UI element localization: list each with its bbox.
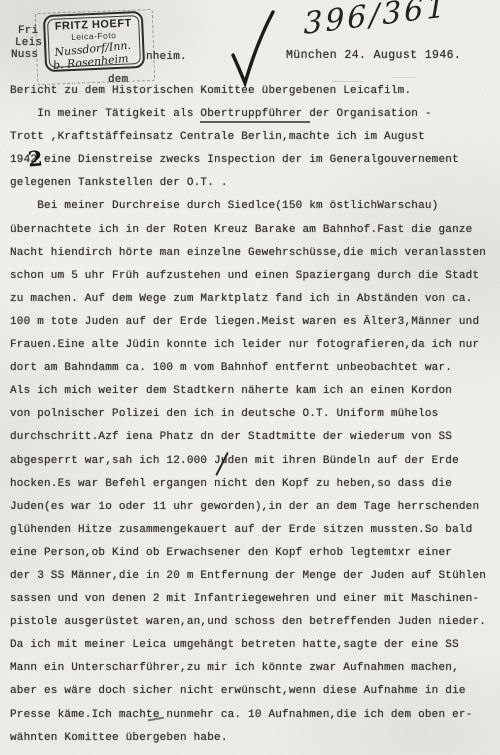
document-text-line: Da ich mit meiner Leica umgehängt betret… xyxy=(10,634,496,657)
document-text-line: aber es wäre doch sicher nicht erwünscht… xyxy=(10,680,496,703)
document-text-line: Trott ,Kraftstäffeinsatz Centrale Berlin… xyxy=(10,126,496,149)
document-text-line: pistole ausgerüstet waren,an,und schoss … xyxy=(10,611,496,634)
document-text-line: glühenden Hitze zusammengekauert auf der… xyxy=(10,519,496,542)
scanned-document-page: Fri Leis. Nuss nheim. dem FRITZ HOEFT Le… xyxy=(0,0,500,755)
document-text-line: Frauen.Eine alte Jüdin konnte ich leider… xyxy=(10,334,496,357)
document-text-line: der 3 SS Männer,die in 20 m Entfernung d… xyxy=(10,565,496,588)
document-text-line: hocken.Es war Befehl ergangen nicht den … xyxy=(10,473,496,496)
document-text-line: Bericht zu dem Historischen Komittee übe… xyxy=(10,80,496,103)
document-text-line: In meiner Tätigkeit als Obertruppführer … xyxy=(10,103,496,126)
document-text-line: schon um 5 uhr Früh aufzustehen und eine… xyxy=(10,265,496,288)
document-text-line: 100 m tote Juden auf der Erde liegen.Mei… xyxy=(10,311,496,334)
dateline: München 24. August 1946. xyxy=(286,49,461,62)
document-text-line: übernachtete ich in der Roten Kreuz Bara… xyxy=(10,219,496,242)
handwritten-registry-number: 396/361 xyxy=(303,0,448,42)
document-text-line: abgesperrt war,sah ich 12.000 Juden mit … xyxy=(10,450,496,473)
document-text-line: eine Person,ob Kind ob Erwachsener den K… xyxy=(10,542,496,565)
document-body: Bericht zu dem Historischen Komittee übe… xyxy=(10,80,496,750)
underline-obertruppfuehrer xyxy=(200,121,310,123)
smudge-dash xyxy=(332,81,362,82)
photographer-stamp: FRITZ HOEFT Leica-Foto Nussdorf/Inn. b. … xyxy=(43,11,145,72)
document-text-line: Nacht hiendirch hörte man einzelne Geweh… xyxy=(10,242,496,265)
typed-fragment-town: Nuss xyxy=(11,49,38,61)
checkmark-icon xyxy=(224,6,280,90)
document-text-line: von polnischer Polizei den ich in deutsc… xyxy=(10,403,496,426)
document-text-line: durchschritt.Azf iena Phatz dn der Stadt… xyxy=(10,426,496,449)
document-text-line: Juden(es war 1o oder 11 uhr geworden),in… xyxy=(10,496,496,519)
smudge-dash xyxy=(392,77,416,78)
document-text-line: Mann ein Unterscharführer,zu mir ich kön… xyxy=(10,657,496,680)
document-text-line: 1942 eine Dienstreise zwecks Inspection … xyxy=(10,149,496,172)
document-text-line: wähnten Komittee übergeben habe. xyxy=(10,727,496,750)
document-text-line: Presse käme.Ich machte nunmehr ca. 10 Au… xyxy=(10,704,496,727)
document-text-line: gelegenen Tankstellen der O.T. . xyxy=(10,172,496,195)
document-text-line: dort am Bahndamm ca. 100 m vom Bahnhof e… xyxy=(10,357,496,380)
document-text-line: sassen und von denen 2 mit Infantriegewe… xyxy=(10,588,496,611)
document-text-line: Bei meiner Durchreise durch Siedlce(150 … xyxy=(10,195,496,218)
document-text-line: Als ich mich weiter dem Stadtkern nähert… xyxy=(10,380,496,403)
document-text-line: zu machen. Auf dem Wege zum Marktplatz f… xyxy=(10,288,496,311)
overwritten-digit-2: 2 xyxy=(27,145,44,171)
